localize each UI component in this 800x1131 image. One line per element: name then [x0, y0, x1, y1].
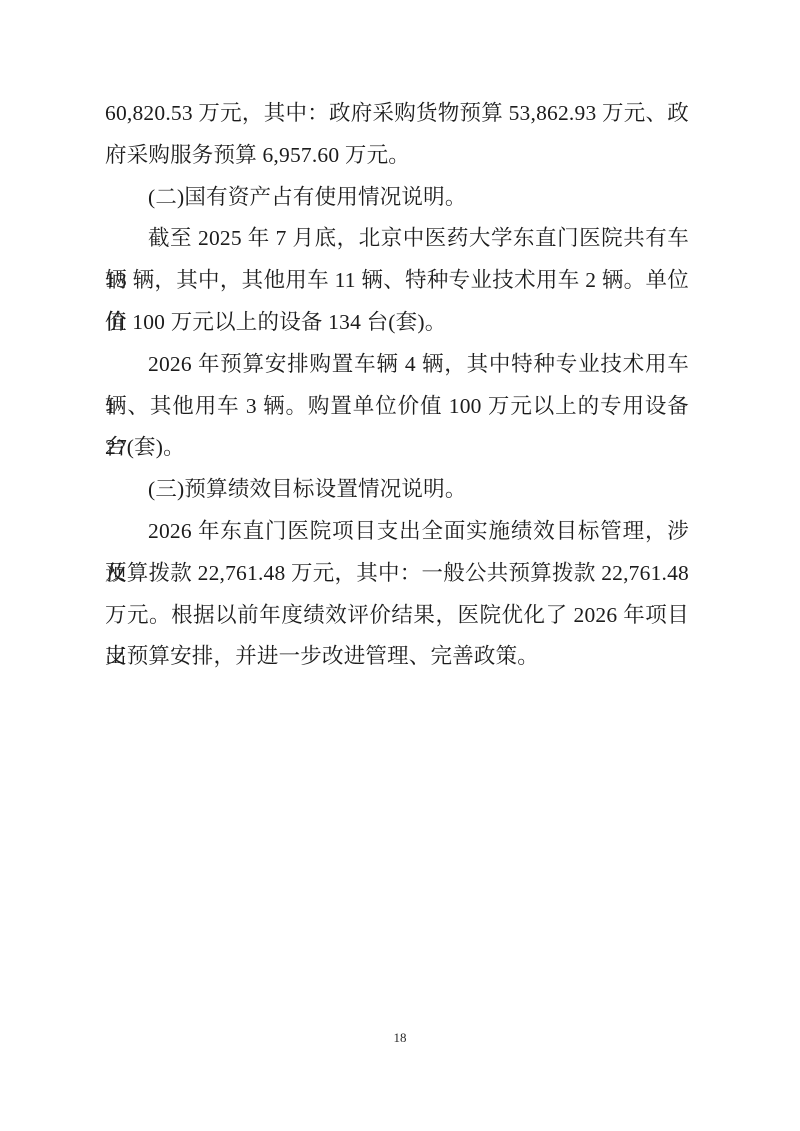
text-line: 台(套)。 — [105, 427, 689, 469]
text-line: 60,820.53 万元，其中：政府采购货物预算 53,862.93 万元、政 — [105, 93, 689, 135]
text-line: 截至 2025 年 7 月底，北京中医药大学东直门医院共有车辆 — [105, 218, 689, 260]
text-line: 辆、其他用车 3 辆。购置单位价值 100 万元以上的专用设备 27 — [105, 386, 689, 428]
text-line: 2026 年东直门医院项目支出全面实施绩效目标管理，涉及 — [105, 511, 689, 553]
document-body: 60,820.53 万元，其中：政府采购货物预算 53,862.93 万元、政府… — [105, 93, 689, 678]
text-line: 值 100 万元以上的设备 134 台(套)。 — [105, 302, 689, 344]
text-line: (二)国有资产占有使用情况说明。 — [105, 177, 689, 219]
text-line: 出预算安排，并进一步改进管理、完善政策。 — [105, 636, 689, 678]
text-line: 万元。根据以前年度绩效评价结果，医院优化了 2026 年项目支 — [105, 595, 689, 637]
text-line: 预算拨款 22,761.48 万元，其中：一般公共预算拨款 22,761.48 — [105, 553, 689, 595]
text-line: 2026 年预算安排购置车辆 4 辆，其中特种专业技术用车 1 — [105, 344, 689, 386]
text-line: 13 辆，其中，其他用车 11 辆、特种专业技术用车 2 辆。单位价 — [105, 260, 689, 302]
document-page: 60,820.53 万元，其中：政府采购货物预算 53,862.93 万元、政府… — [0, 0, 800, 1131]
text-line: (三)预算绩效目标设置情况说明。 — [105, 469, 689, 511]
text-line: 府采购服务预算 6,957.60 万元。 — [105, 135, 689, 177]
page-number: 18 — [0, 1030, 800, 1046]
